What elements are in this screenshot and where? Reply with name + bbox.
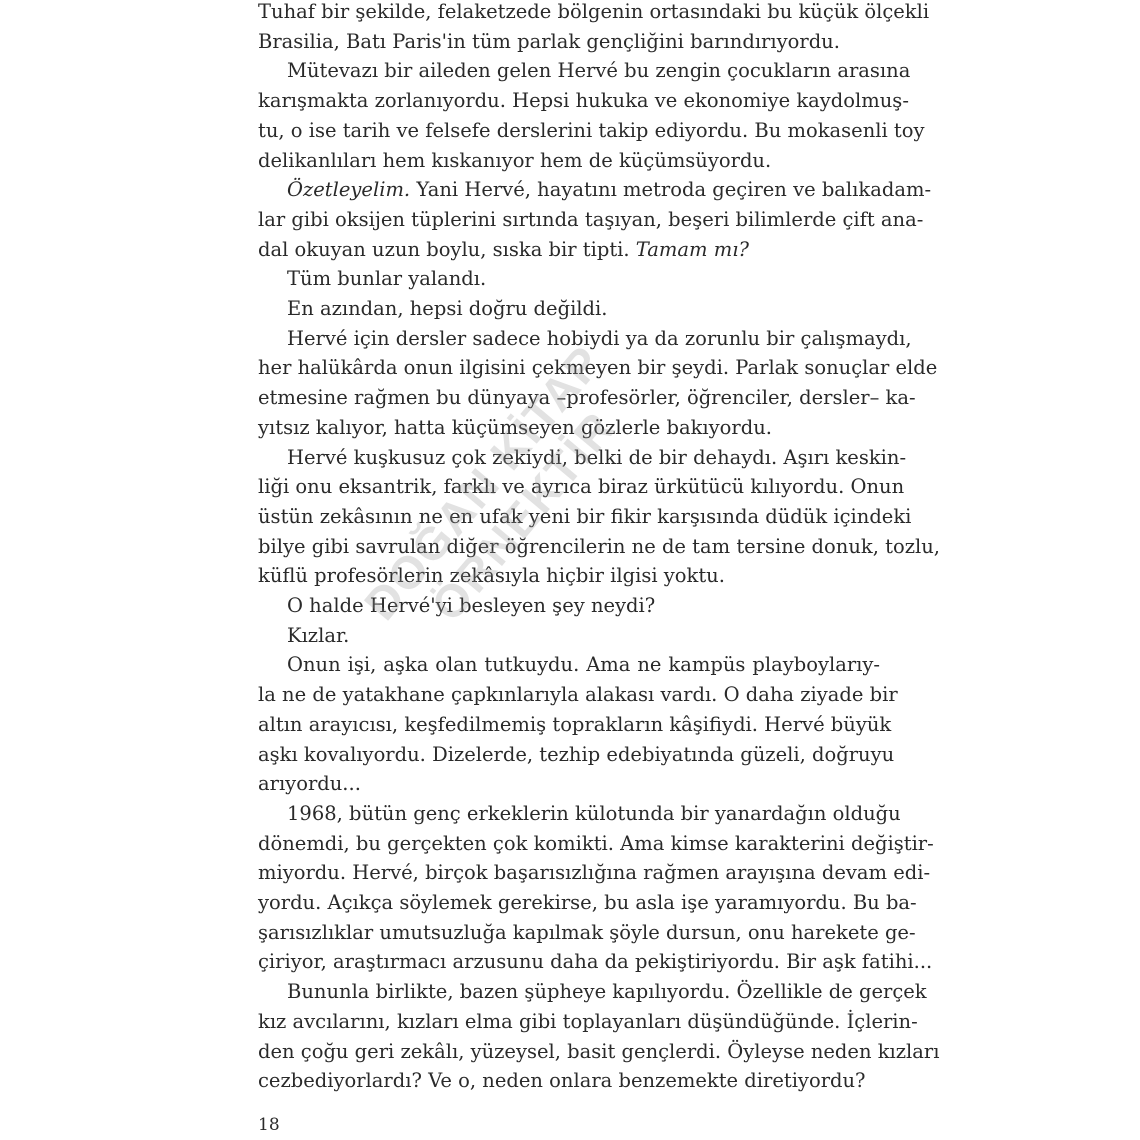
text-line: den çoğu geri zekâlı, yüzeysel, basit ge… [258, 1037, 880, 1067]
text-line: Tüm bunlar yalandı. [287, 264, 880, 294]
page-number: 18 [258, 1114, 280, 1136]
text-line: Mütevazı bir aileden gelen Hervé bu zeng… [287, 56, 880, 86]
text-line: yordu. Açıkça söylemek gerekirse, bu asl… [258, 888, 880, 918]
text-line: üstün zekâsının ne en ufak yeni bir fiki… [258, 502, 880, 532]
text-line: altın arayıcısı, keşfedilmemiş topraklar… [258, 710, 880, 740]
text-line: Tuhaf bir şekilde, felaketzede bölgenin … [258, 0, 880, 27]
text-line: Bununla birlikte, bazen şüpheye kapılıyo… [287, 977, 880, 1007]
text-line: cezbediyorlardı? Ve o, neden onlara benz… [258, 1066, 880, 1096]
text-line: En azından, hepsi doğru değildi. [287, 294, 880, 324]
text-line: tu, o ise tarih ve felsefe derslerini ta… [258, 116, 880, 146]
text-line: aşkı kovalıyordu. Dizelerde, tezhip edeb… [258, 740, 880, 770]
text-line: yıtsız kalıyor, hatta küçümseyen gözlerl… [258, 413, 880, 443]
text-line: la ne de yatakhane çapkınlarıyla alakası… [258, 680, 880, 710]
text-line: delikanlıları hem kıskanıyor hem de küçü… [258, 146, 880, 176]
text-line: arıyordu... [258, 769, 880, 799]
text-line: Hervé kuşkusuz çok zekiydi, belki de bir… [287, 443, 880, 473]
text-line: lar gibi oksijen tüplerini sırtında taşı… [258, 205, 880, 235]
text-line: karışmakta zorlanıyordu. Hepsi hukuka ve… [258, 86, 880, 116]
text-line: O halde Hervé'yi besleyen şey neydi? [287, 591, 880, 621]
text-line: Onun işi, aşka olan tutkuydu. Ama ne kam… [287, 650, 880, 680]
text-line: her halükârda onun ilgisini çekmeyen bir… [258, 353, 880, 383]
text-line: etmesine rağmen bu dünyaya –profesörler,… [258, 383, 880, 413]
text-line: Özetleyelim. Yani Hervé, hayatını metrod… [287, 175, 880, 205]
text-line: Kızlar. [287, 621, 880, 651]
text-line: dal okuyan uzun boylu, sıska bir tipti. … [258, 235, 880, 265]
text-line: şarısızlıklar umutsuzluğa kapılmak şöyle… [258, 918, 880, 948]
text-line: bilye gibi savrulan diğer öğrencilerin n… [258, 532, 880, 562]
text-line: dönemdi, bu gerçekten çok komikti. Ama k… [258, 829, 880, 859]
text-line: miyordu. Hervé, birçok başarısızlığına r… [258, 858, 880, 888]
book-page: Tuhaf bir şekilde, felaketzede bölgenin … [0, 0, 1140, 1140]
text-line: kız avcılarını, kızları elma gibi toplay… [258, 1007, 880, 1037]
text-line: 1968, bütün genç erkeklerin külotunda bi… [287, 799, 880, 829]
text-line: küflü profesörlerin zekâsıyla hiçbir ilg… [258, 561, 880, 591]
text-line: Hervé için dersler sadece hobiydi ya da … [287, 324, 880, 354]
text-line: Brasilia, Batı Paris'in tüm parlak gençl… [258, 27, 880, 57]
text-line: liği onu eksantrik, farklı ve ayrıca bir… [258, 472, 880, 502]
text-line: çiriyor, araştırmacı arzusunu daha da pe… [258, 947, 880, 977]
